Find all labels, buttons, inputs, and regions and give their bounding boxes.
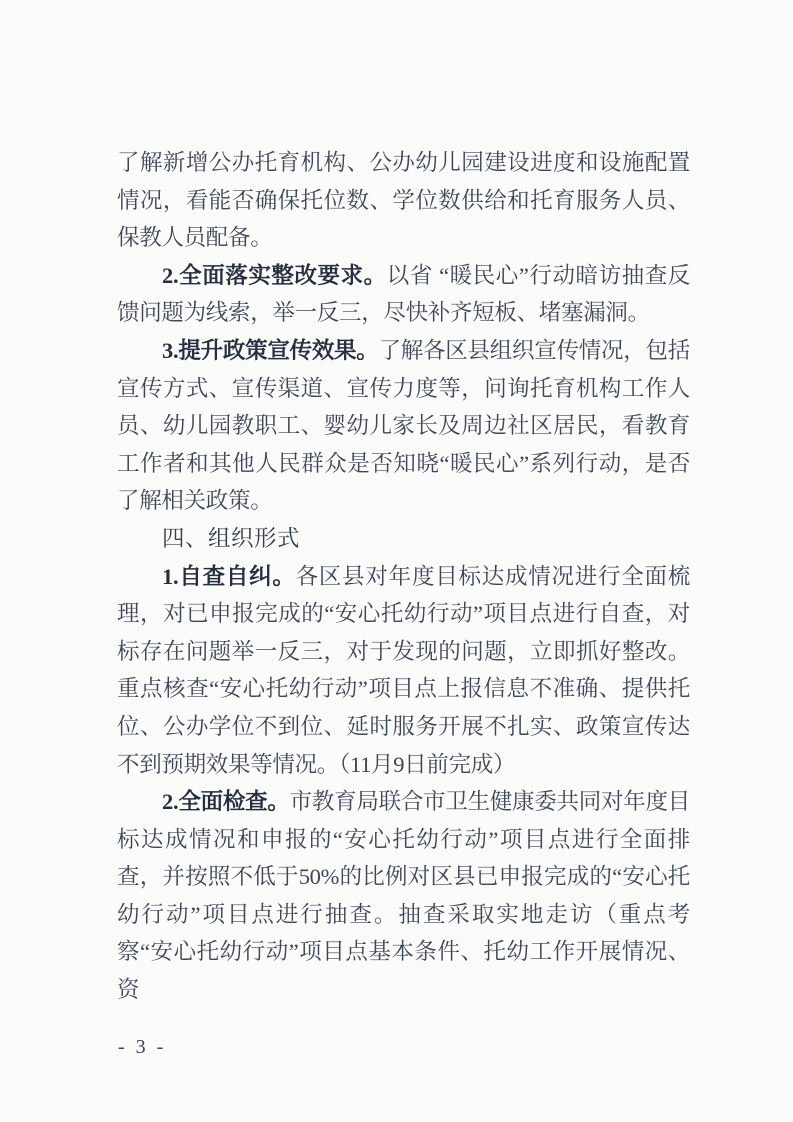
- document-page: 了解新增公办托育机构、公办幼儿园建设进度和设施配置情况，看能否确保托位数、学位数…: [0, 0, 793, 1122]
- paragraph-bold-lead: 3.提升政策宣传效果。: [162, 338, 379, 363]
- paragraph-bold-lead: 1.自查自纠。: [162, 564, 296, 589]
- paragraph-text: 了解新增公办托育机构、公办幼儿园建设进度和设施配置情况，看能否确保托位数、学位数…: [117, 150, 690, 250]
- paragraph-text: 各区县对年度目标达成情况进行全面梳理，对已申报完成的“安心托幼行动”项目点进行自…: [117, 564, 690, 777]
- paragraph-continuation: 了解新增公办托育机构、公办幼儿园建设进度和设施配置情况，看能否确保托位数、学位数…: [117, 144, 690, 257]
- document-body: 了解新增公办托育机构、公办幼儿园建设进度和设施配置情况，看能否确保托位数、学位数…: [117, 144, 690, 1009]
- paragraph-item-3: 3.提升政策宣传效果。了解各区县组织宣传情况，包括宣传方式、宣传渠道、宣传力度等…: [117, 332, 690, 520]
- paragraph-text: 市教育局联合市卫生健康委共同对年度目标达成情况和申报的“安心托幼行动”项目点进行…: [117, 789, 690, 1002]
- paragraph-item-self-check: 1.自查自纠。各区县对年度目标达成情况进行全面梳理，对已申报完成的“安心托幼行动…: [117, 558, 690, 784]
- page-number: - 3 -: [118, 1036, 166, 1059]
- paragraph-item-full-inspection: 2.全面检查。市教育局联合市卫生健康委共同对年度目标达成情况和申报的“安心托幼行…: [117, 783, 690, 1009]
- paragraph-bold-lead: 2.全面检查。: [162, 789, 290, 814]
- paragraph-item-2: 2.全面落实整改要求。以省 “暖民心”行动暗访抽查反馈问题为线索，举一反三，尽快…: [117, 257, 690, 332]
- section-heading: 四、组织形式: [117, 520, 690, 558]
- paragraph-bold-lead: 2.全面落实整改要求。: [162, 263, 387, 288]
- paragraph-text: 了解各区县组织宣传情况，包括宣传方式、宣传渠道、宣传力度等，问询托育机构工作人员…: [117, 338, 690, 513]
